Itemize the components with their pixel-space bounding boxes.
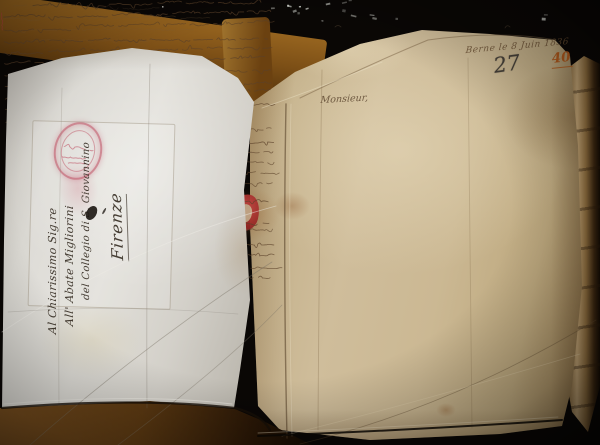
photo-of-archival-letter: Berne le 8 Juin 1836 27 40 Monsieur, Al … (0, 0, 600, 445)
photo-vignette (0, 0, 600, 445)
